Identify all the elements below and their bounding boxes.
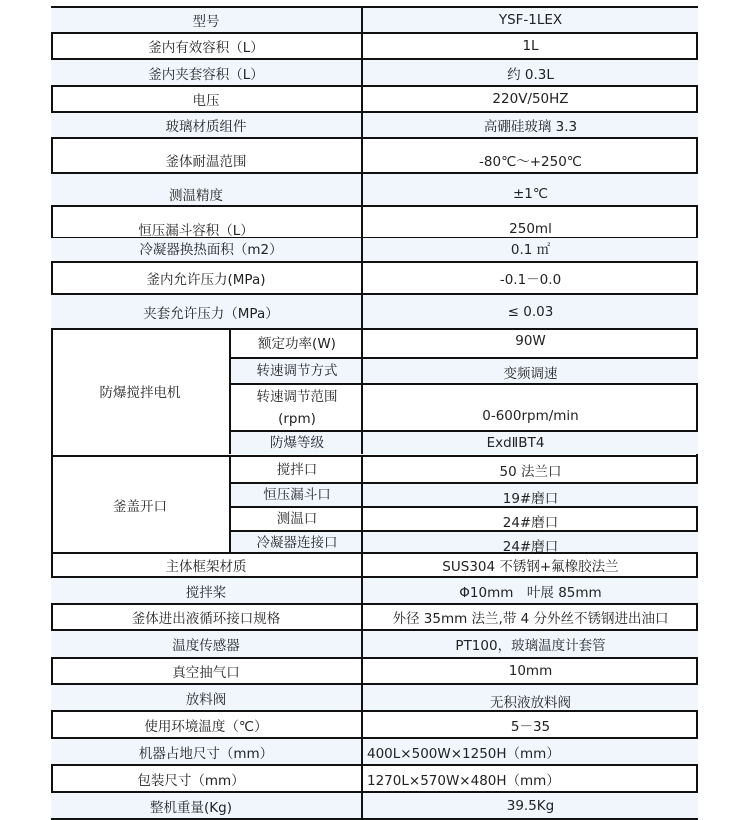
sub-label: 冷凝器连接口 [229,532,363,554]
sub-label: 测温口 [229,508,363,530]
table-row: 型号 YSF-1LEX [51,6,698,32]
sub-value: 19#磨口 [361,484,698,506]
row-value: 220V/50HZ [361,87,698,111]
row-label: 玻璃材质组件 [51,113,361,137]
row-label: 整机重量(Kg) [51,793,361,818]
row-value: -80℃～+250℃ [361,139,698,172]
table-row: 玻璃材质组件 高硼硅玻璃 3.3 [51,111,698,137]
sub-label: 额定功率(W) [229,330,363,357]
row-label: 釜内夹套容积（L） [51,60,361,85]
row-value: ≤ 0.03 [361,295,698,328]
sub-value: 24#磨口 [361,532,698,554]
table-row: 冷凝器换热面积（m2） 0.1 ㎡ [51,237,698,261]
row-value: Φ10mm 叶展 85mm [361,578,698,603]
sub-label-line1: 转速调节范围 [257,386,338,408]
row-value: 400L×500W×1250H（mm） [361,739,698,764]
row-label: 使用环境温度（℃） [51,712,361,737]
row-value: 250ml [361,207,698,237]
row-value: SUS304 不锈钢+氟橡胶法兰 [361,554,698,576]
row-label: 夹套允许压力（MPa） [51,295,361,328]
table-row: 釜内允许压力(MPa) -0.1－0.0 [51,261,698,293]
sub-label: 搅拌口 [229,457,363,482]
row-label: 型号 [51,8,361,32]
row-label: 恒压漏斗容积（L） [51,207,361,237]
table-row: 夹套允许压力（MPa） ≤ 0.03 [51,293,698,328]
row-value: 39.5Kg [361,793,698,818]
sub-row: 搅拌口 50 法兰口 [229,457,698,482]
sub-value: 90W [361,330,698,357]
lid-group: 釜盖开口 搅拌口 50 法兰口 恒压漏斗口 19#磨口 测温口 24#磨口 冷凝… [51,455,698,552]
table-row: 温度传感器 PT100，玻璃温度计套管 [51,629,698,657]
sub-value: 0-600rpm/min [361,385,698,430]
table-row: 整机重量(Kg) 39.5Kg [51,791,698,818]
row-value: ±1℃ [361,174,698,205]
row-label: 主体框架材质 [51,554,361,576]
table-row: 使用环境温度（℃） 5－35 [51,710,698,737]
table-row: 主体框架材质 SUS304 不锈钢+氟橡胶法兰 [51,552,698,576]
motor-group: 防爆搅拌电机 额定功率(W) 90W 转速调节方式 变频调速 转速调节范围 (r… [51,328,698,452]
table-row: 釜体进出液循环接口规格 外径 35mm 法兰,带 4 分外丝不锈钢进出油口 [51,603,698,629]
table-row: 真空抽气口 10mm [51,657,698,683]
sub-row: 额定功率(W) 90W [229,330,698,357]
row-value: 无积液放料阀 [361,685,698,710]
sub-label-line2: (rpm) [278,408,316,430]
row-label: 冷凝器换热面积（m2） [51,238,361,261]
table-row: 釜内夹套容积（L） 约 0.3L [51,58,698,85]
row-value: YSF-1LEX [361,8,698,32]
row-value: 外径 35mm 法兰,带 4 分外丝不锈钢进出油口 [361,605,698,629]
row-label: 釜内有效容积（L） [51,34,361,58]
group-label: 釜盖开口 [51,457,259,552]
row-label: 机器占地尺寸（mm） [51,739,361,764]
sub-value: 变频调速 [361,359,698,383]
sub-row: 冷凝器连接口 24#磨口 [229,530,698,554]
row-value: 1270L×570W×480H（mm） [361,766,698,791]
sub-label: 转速调节方式 [229,359,363,383]
row-label: 釜内允许压力(MPa) [51,263,361,293]
sub-row: 防爆等级 ExdⅡBT4 [229,430,698,454]
row-value: 5－35 [361,712,698,737]
table-row: 电压 220V/50HZ [51,85,698,111]
sub-row: 转速调节方式 变频调速 [229,357,698,383]
sub-row: 恒压漏斗口 19#磨口 [229,482,698,506]
sub-value: 50 法兰口 [361,457,698,482]
row-label: 釜体进出液循环接口规格 [51,605,361,629]
group-label: 防爆搅拌电机 [51,330,229,452]
sub-label: 转速调节范围 (rpm) [229,385,363,430]
row-label: 包装尺寸（mm） [51,766,361,791]
row-label: 搅拌桨 [51,578,361,603]
row-value: 约 0.3L [361,60,698,85]
row-label: 放料阀 [51,685,361,710]
table-row: 搅拌桨 Φ10mm 叶展 85mm [51,576,698,603]
row-value: PT100，玻璃温度计套管 [361,631,698,657]
row-value: 1L [361,34,698,58]
sub-label: 恒压漏斗口 [229,484,363,506]
table-row: 釜内有效容积（L） 1L [51,32,698,58]
sub-row: 转速调节范围 (rpm) 0-600rpm/min [229,383,698,430]
row-value: -0.1－0.0 [361,263,698,293]
row-value: 高硼硅玻璃 3.3 [361,113,698,137]
row-value: 10mm [361,659,698,683]
row-label: 真空抽气口 [51,659,361,683]
row-label: 测温精度 [51,174,361,205]
row-value: 0.1 ㎡ [361,238,698,261]
sub-label: 防爆等级 [229,432,363,454]
table-row: 测温精度 ±1℃ [51,172,698,205]
sub-row: 测温口 24#磨口 [229,506,698,530]
sub-value: 24#磨口 [361,508,698,530]
table-row: 放料阀 无积液放料阀 [51,683,698,710]
table-row: 包装尺寸（mm） 1270L×570W×480H（mm） [51,764,698,791]
row-label: 温度传感器 [51,631,361,657]
sub-value: ExdⅡBT4 [361,432,698,454]
table-row: 釜体耐温范围 -80℃～+250℃ [51,137,698,172]
table-row: 机器占地尺寸（mm） 400L×500W×1250H（mm） [51,737,698,764]
row-label: 电压 [51,87,361,111]
row-label: 釜体耐温范围 [51,139,361,172]
table-row: 恒压漏斗容积（L） 250ml [51,205,698,237]
